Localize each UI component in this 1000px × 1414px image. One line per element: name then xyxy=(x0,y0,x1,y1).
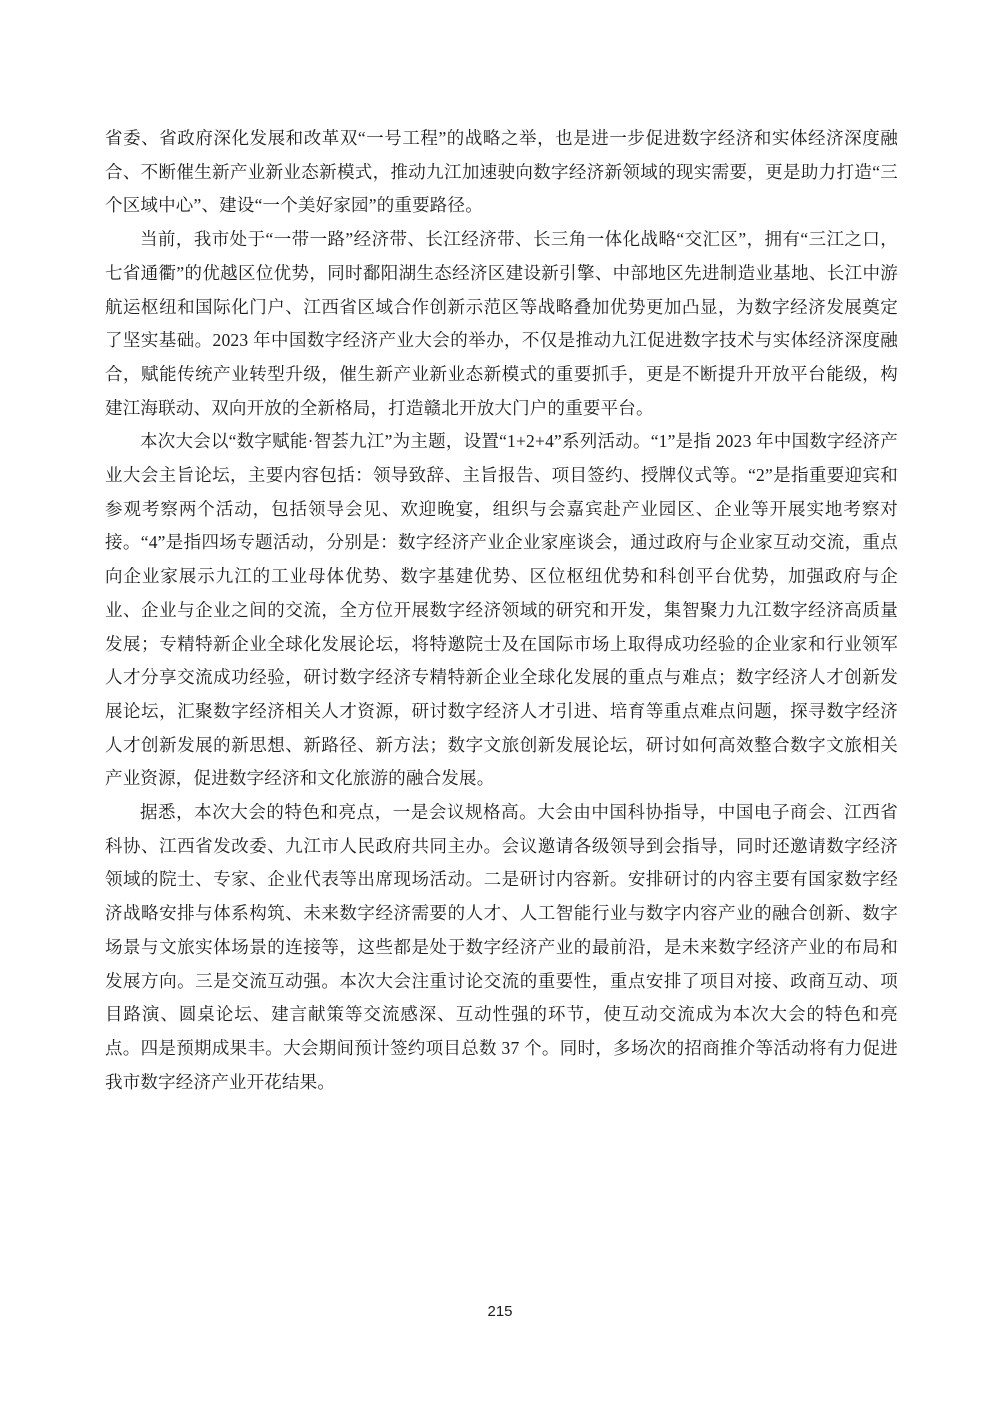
page-number: 215 xyxy=(0,1303,1000,1320)
body-paragraph-3: 本次大会以“数字赋能·智荟九江”为主题，设置“1+2+4”系列活动。“1”是指 … xyxy=(105,425,898,796)
body-paragraph-1: 省委、省政府深化发展和改革双“一号工程”的战略之举，也是进一步促进数字经济和实体… xyxy=(105,122,898,223)
document-body: 省委、省政府深化发展和改革双“一号工程”的战略之举，也是进一步促进数字经济和实体… xyxy=(105,122,898,1099)
body-paragraph-2: 当前，我市处于“一带一路”经济带、长江经济带、长三角一体化战略“交汇区”，拥有“… xyxy=(105,223,898,425)
body-paragraph-4: 据悉，本次大会的特色和亮点，一是会议规格高。大会由中国科协指导，中国电子商会、江… xyxy=(105,796,898,1099)
document-page: 省委、省政府深化发展和改革双“一号工程”的战略之举，也是进一步促进数字经济和实体… xyxy=(0,0,1000,1414)
